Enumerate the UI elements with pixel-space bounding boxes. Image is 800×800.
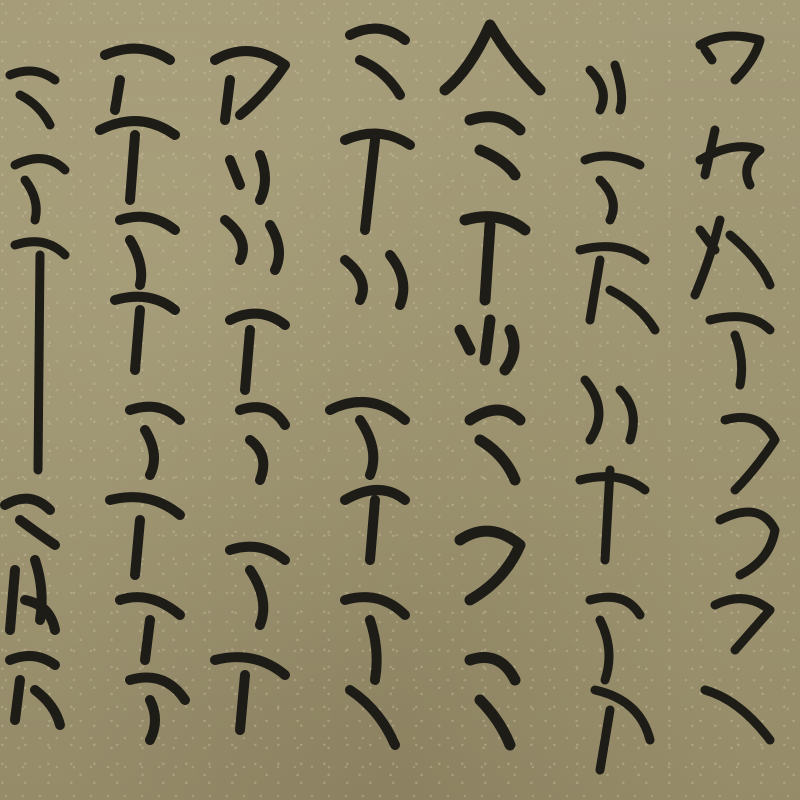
ink-strokes [0, 0, 800, 800]
column-4-strokes [330, 29, 410, 745]
column-3-strokes [445, 25, 540, 745]
column-6-strokes [100, 49, 185, 740]
calligraphy-scroll: 不知此可主習心生 眾之是非也中知法 人之耳以心主稿之 是非也心知法地主 稿以心主… [0, 0, 800, 800]
column-2-strokes [580, 65, 655, 770]
column-7-strokes [10, 71, 65, 470]
column-1-strokes [695, 36, 775, 740]
column-8-strokes [5, 499, 60, 725]
column-5-strokes [215, 51, 285, 730]
